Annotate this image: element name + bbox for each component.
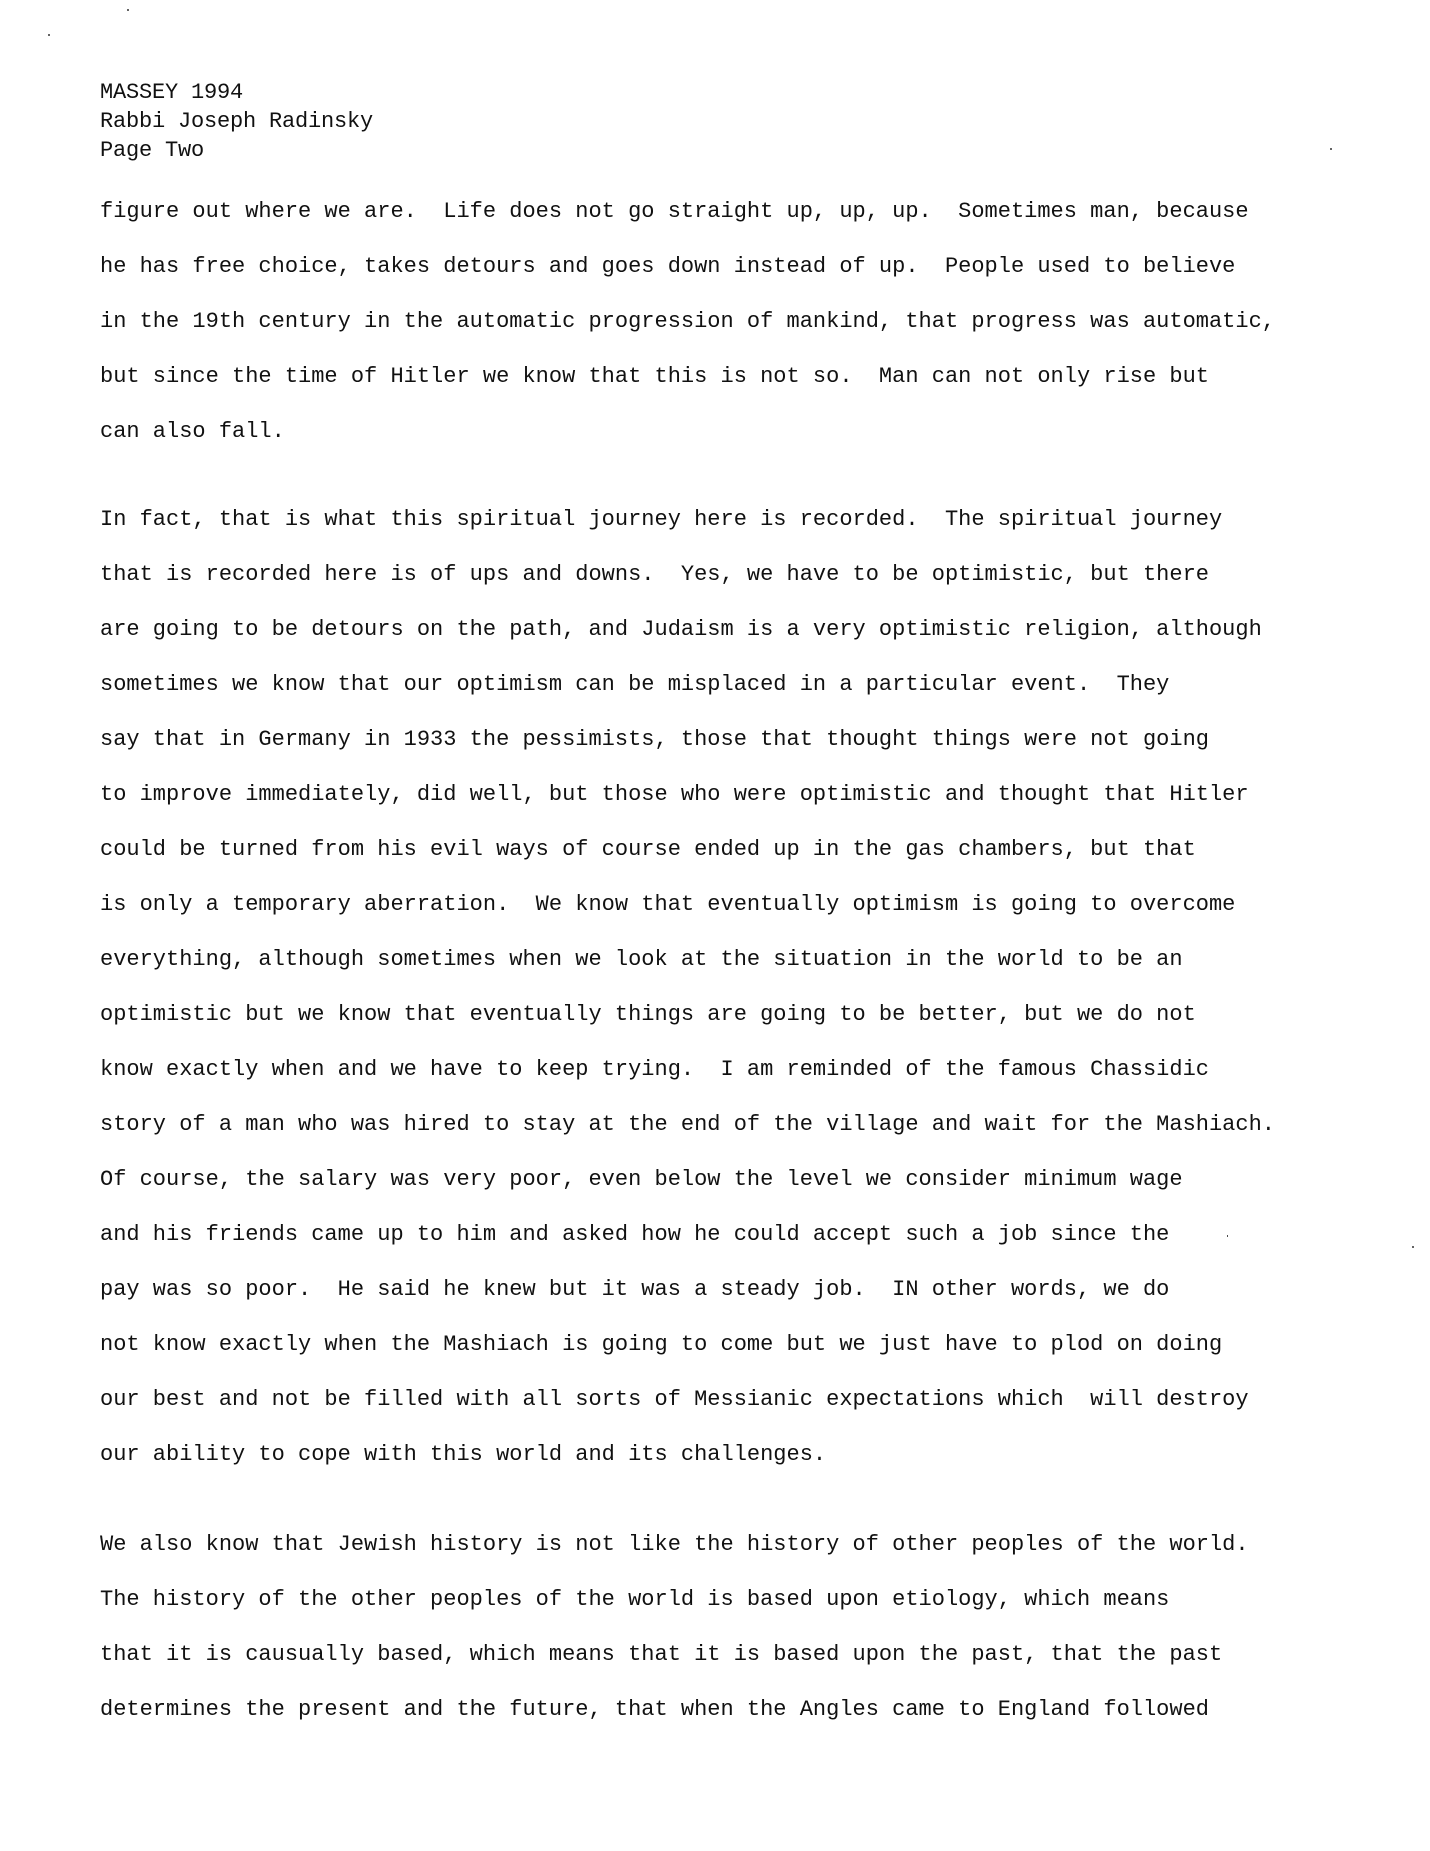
- text-line: not know exactly when the Mashiach is go…: [100, 1330, 1222, 1360]
- header-author: Rabbi Joseph Radinsky: [100, 107, 373, 136]
- text-line: in the 19th century in the automatic pro…: [100, 307, 1275, 337]
- text-line: to improve immediately, did well, but th…: [100, 780, 1249, 810]
- text-line: say that in Germany in 1933 the pessimis…: [100, 725, 1209, 755]
- text-line: are going to be detours on the path, and…: [100, 615, 1262, 645]
- document-page: MASSEY 1994 Rabbi Joseph Radinsky Page T…: [0, 0, 1430, 1851]
- text-line: know exactly when and we have to keep tr…: [100, 1055, 1209, 1085]
- text-line: and his friends came up to him and asked…: [100, 1220, 1169, 1250]
- text-line: that is recorded here is of ups and down…: [100, 560, 1209, 590]
- text-line: is only a temporary aberration. We know …: [100, 890, 1235, 920]
- text-line: everything, although sometimes when we l…: [100, 945, 1183, 975]
- scan-speck: [48, 34, 50, 36]
- text-line: Of course, the salary was very poor, eve…: [100, 1165, 1183, 1195]
- text-line: our ability to cope with this world and …: [100, 1440, 826, 1470]
- text-line: our best and not be filled with all sort…: [100, 1385, 1249, 1415]
- header-title: MASSEY 1994: [100, 78, 373, 107]
- text-line: figure out where we are. Life does not g…: [100, 197, 1249, 227]
- text-line: story of a man who was hired to stay at …: [100, 1110, 1275, 1140]
- text-line: determines the present and the future, t…: [100, 1695, 1209, 1725]
- text-line: he has free choice, takes detours and go…: [100, 252, 1235, 282]
- text-line: sometimes we know that our optimism can …: [100, 670, 1169, 700]
- text-line: can also fall.: [100, 417, 285, 447]
- scan-speck: [1227, 1235, 1228, 1237]
- scan-speck: [127, 9, 129, 11]
- text-line: could be turned from his evil ways of co…: [100, 835, 1196, 865]
- header-page-number: Page Two: [100, 136, 373, 165]
- scan-speck: [1330, 148, 1332, 150]
- text-line: that it is causually based, which means …: [100, 1640, 1222, 1670]
- text-line: The history of the other peoples of the …: [100, 1585, 1169, 1615]
- text-line: but since the time of Hitler we know tha…: [100, 362, 1209, 392]
- text-line: optimistic but we know that eventually t…: [100, 1000, 1196, 1030]
- text-line: pay was so poor. He said he knew but it …: [100, 1275, 1169, 1305]
- document-header: MASSEY 1994 Rabbi Joseph Radinsky Page T…: [100, 78, 373, 165]
- scan-speck: [1412, 1246, 1414, 1248]
- text-line: In fact, that is what this spiritual jou…: [100, 505, 1222, 535]
- text-line: We also know that Jewish history is not …: [100, 1530, 1249, 1560]
